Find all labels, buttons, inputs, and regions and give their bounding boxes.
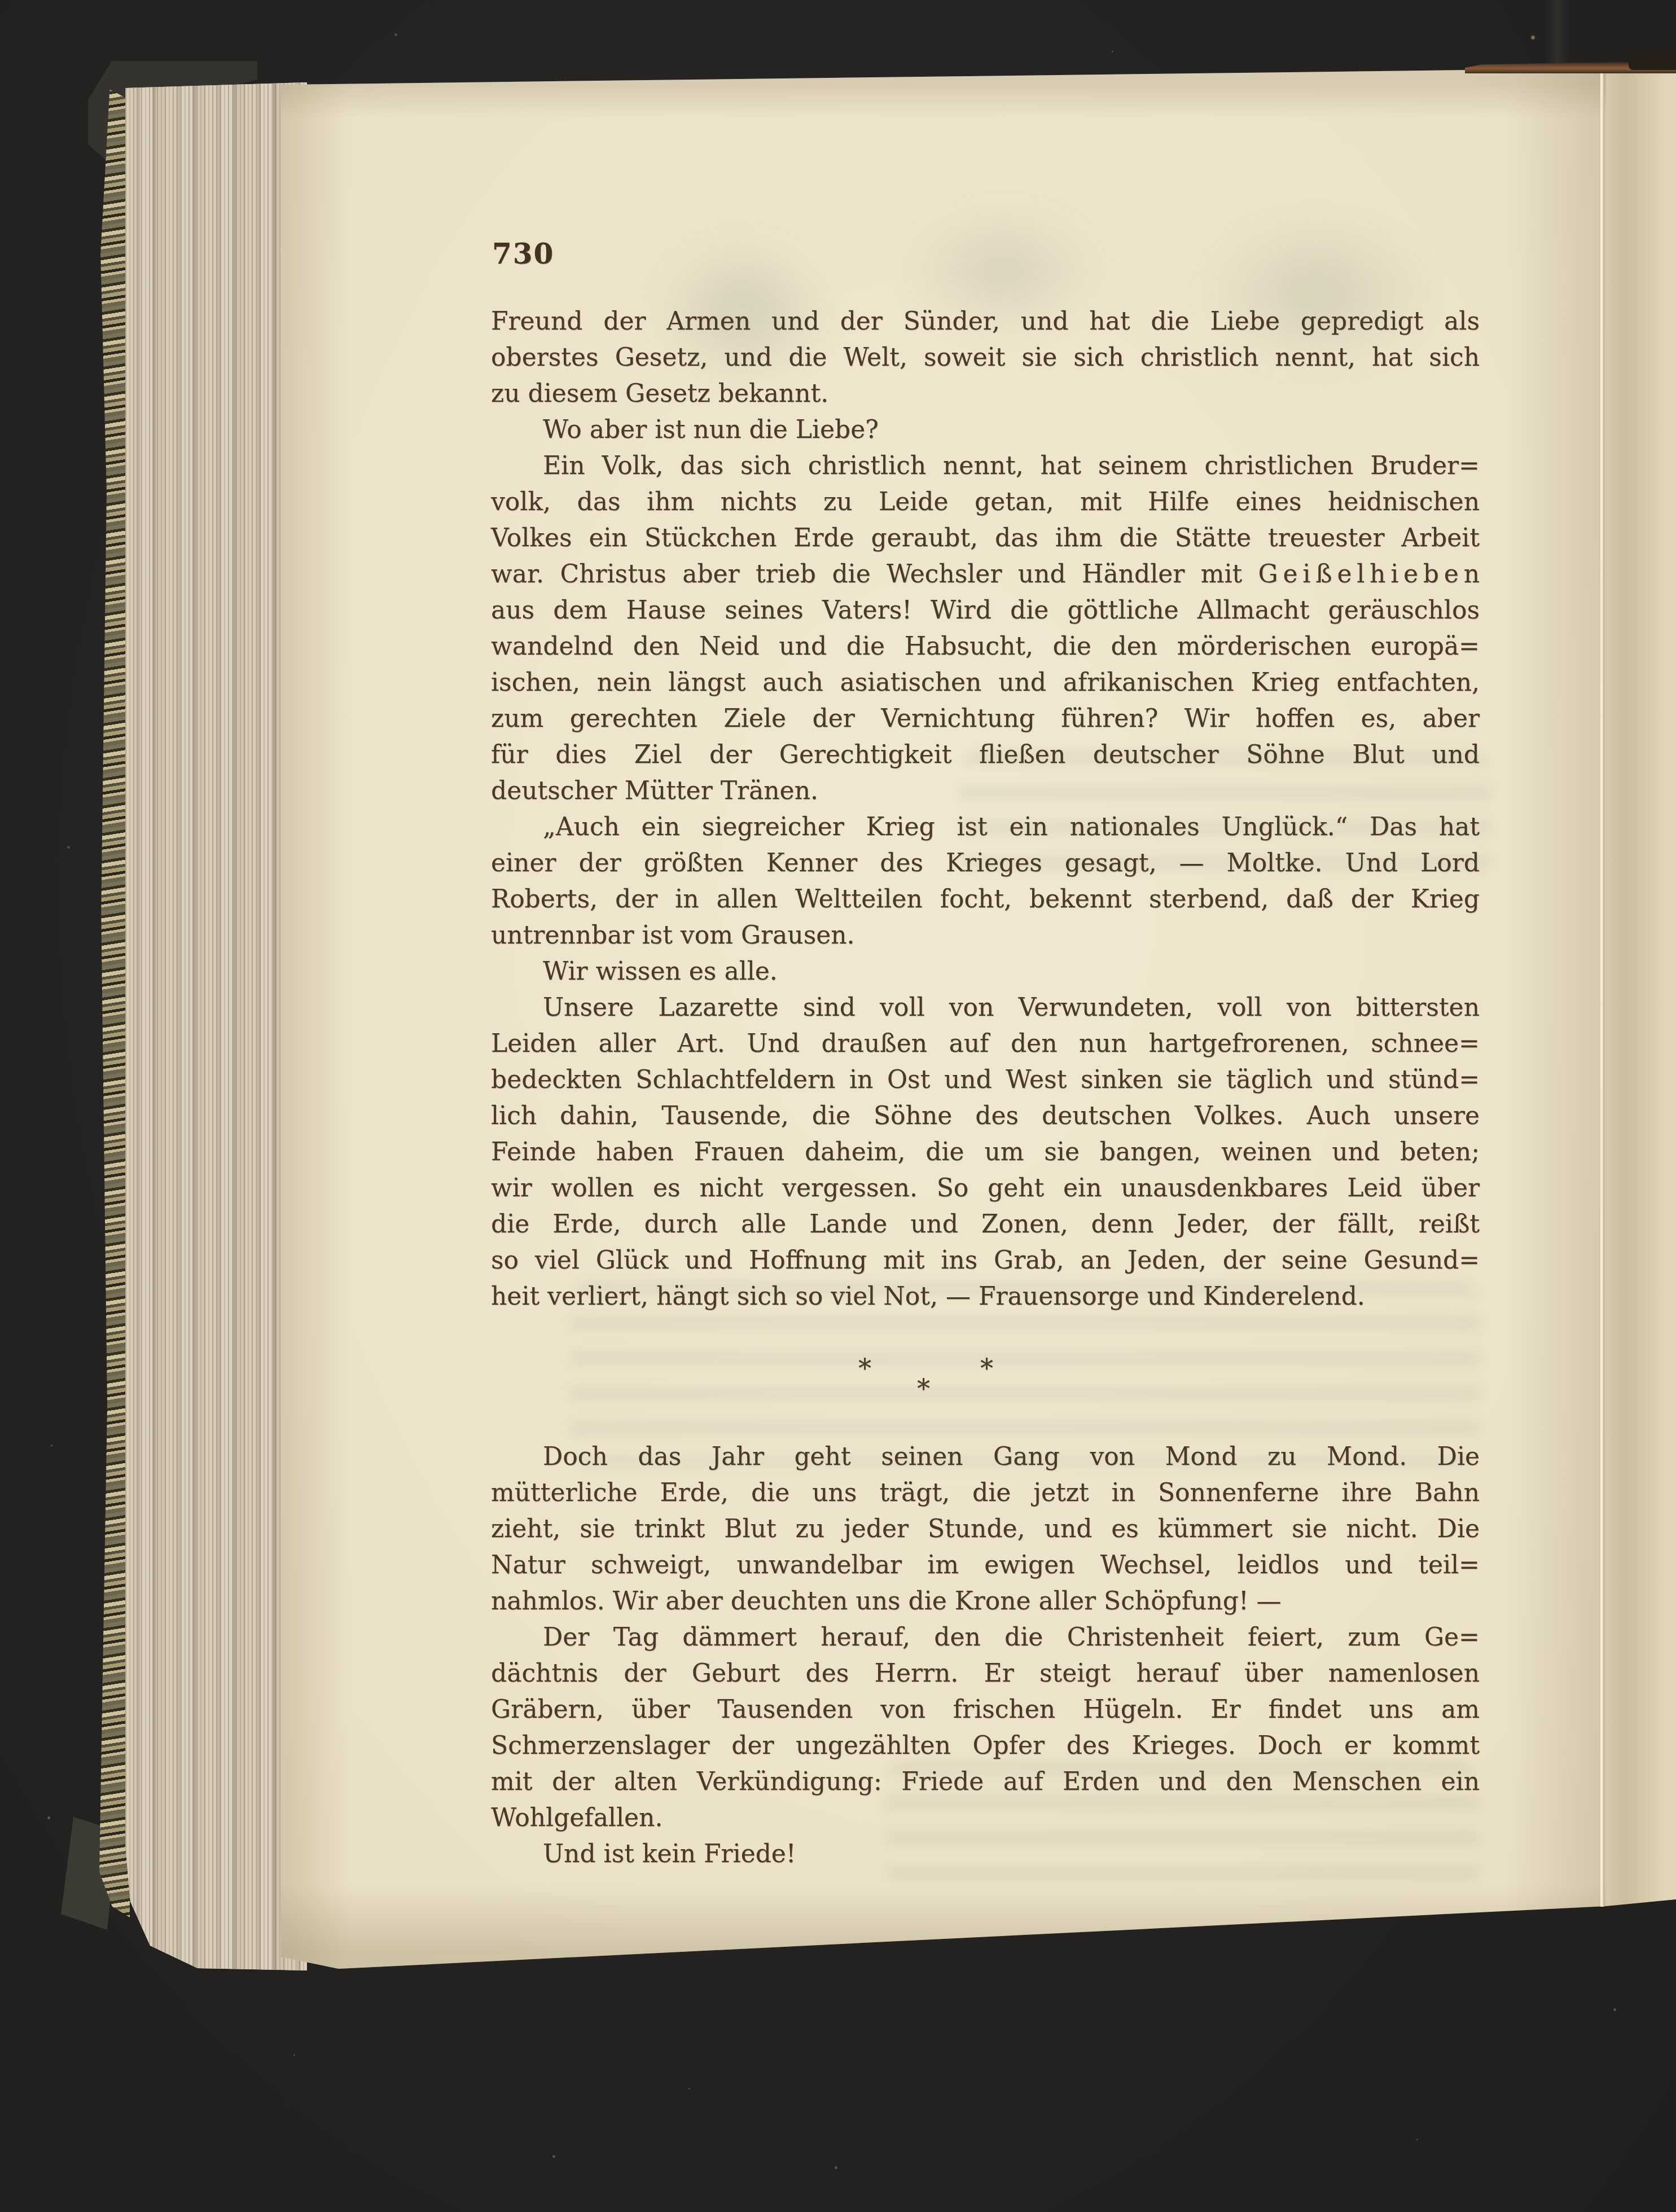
text-line: dächtnis der Geburt des Herrn. Er steigt…	[491, 1656, 1480, 1692]
text-line: Schmerzenslager der ungezählten Opfer de…	[491, 1728, 1480, 1764]
text-line: zu diesem Gesetz bekannt.	[491, 376, 1480, 412]
text-line: Roberts, der in allen Weltteilen focht, …	[491, 881, 1480, 918]
text-line: für dies Ziel der Gerechtigkeit fließen …	[491, 737, 1480, 773]
text-line: aus dem Hause seines Vaters! Wird die gö…	[491, 592, 1480, 629]
paragraph: Der Tag dämmert herauf, den die Christen…	[491, 1619, 1480, 1836]
text-line: ischen, nein längst auch asiatischen und…	[491, 665, 1480, 701]
paragraph: Ein Volk, das sich christlich nennt, hat…	[491, 448, 1480, 809]
text-line: Der Tag dämmert herauf, den die Christen…	[491, 1619, 1480, 1656]
text-line: wandelnd den Neid und die Habsucht, die …	[491, 629, 1480, 665]
paragraph: „Auch ein siegreicher Krieg ist ein nati…	[491, 809, 1480, 954]
page-edge-stack	[125, 82, 307, 1970]
gutter-crease	[1600, 68, 1604, 1907]
text-line: lich dahin, Tausende, die Söhne des deut…	[491, 1098, 1480, 1134]
text-line: „Auch ein siegreicher Krieg ist ein nati…	[491, 809, 1480, 845]
text-line: Doch das Jahr geht seinen Gang von Mond …	[491, 1439, 1480, 1475]
text-line: heit verliert, hängt sich so viel Not, —…	[491, 1279, 1480, 1315]
text-line: die Erde, durch alle Lande und Zonen, de…	[491, 1206, 1480, 1243]
text-line: Und ist kein Friede!	[491, 1836, 1480, 1872]
body-text: Freund der Armen und der Sünder, und hat…	[491, 304, 1480, 1872]
text-line: zum gerechten Ziele der Vernichtung führ…	[491, 701, 1480, 737]
asterisk-ornament: *	[858, 1355, 871, 1381]
paragraph: Wo aber ist nun die Liebe?	[491, 412, 1480, 448]
paragraph: Unsere Lazarette sind voll von Verwundet…	[491, 990, 1480, 1315]
text-line: Volkes ein Stückchen Erde geraubt, das i…	[491, 520, 1480, 556]
page-number: 730	[492, 237, 554, 270]
text-line: Wo aber ist nun die Liebe?	[491, 412, 1480, 448]
text-line: war. Christus aber trieb die Wechsler un…	[491, 556, 1480, 592]
text-line: bedeckten Schlachtfeldern in Ost und Wes…	[491, 1062, 1480, 1098]
section-divider: ***	[491, 1315, 1480, 1439]
asterisk-ornament: *	[917, 1376, 930, 1402]
paragraph: Wir wissen es alle.	[491, 954, 1480, 990]
text-line: Feinde haben Frauen daheim, die um sie b…	[491, 1134, 1480, 1170]
text-line: einer der größten Kenner des Krieges ges…	[491, 845, 1480, 881]
text-line: deutscher Mütter Tränen.	[491, 773, 1480, 809]
text-line: nahmlos. Wir aber deuchten uns die Krone…	[491, 1583, 1480, 1619]
text-line: Natur schweigt, unwandelbar im ewigen We…	[491, 1547, 1480, 1583]
marbled-endpaper-edge	[99, 89, 130, 1917]
text-line: mit der alten Verkündigung: Friede auf E…	[491, 1764, 1480, 1800]
text-line: Wir wissen es alle.	[491, 954, 1480, 990]
text-line: untrennbar ist vom Grausen.	[491, 918, 1480, 954]
text-line: wir wollen es nicht vergessen. So geht e…	[491, 1170, 1480, 1206]
scanner-light-streak	[1546, 0, 1569, 68]
paragraph: Und ist kein Friede!	[491, 1836, 1480, 1872]
paragraph: Doch das Jahr geht seinen Gang von Mond …	[491, 1439, 1480, 1619]
text-line: Ein Volk, das sich christlich nennt, hat…	[491, 448, 1480, 484]
text-line: so viel Glück und Hoffnung mit ins Grab,…	[491, 1243, 1480, 1279]
cover-headband-dark	[1629, 52, 1676, 70]
scanned-book-page: 730 Freund der Armen und der Sünder, und…	[0, 0, 1676, 2212]
asterisk-ornament: *	[980, 1355, 993, 1381]
text-line: Freund der Armen und der Sünder, und hat…	[491, 304, 1480, 340]
text-line: Unsere Lazarette sind voll von Verwundet…	[491, 990, 1480, 1026]
text-line: Leiden aller Art. Und draußen auf den nu…	[491, 1026, 1480, 1062]
text-line: Wohlgefallen.	[491, 1800, 1480, 1836]
text-line: Gräbern, über Tausenden von frischen Hüg…	[491, 1692, 1480, 1728]
text-line: mütterliche Erde, die uns trägt, die jet…	[491, 1475, 1480, 1511]
text-line: oberstes Gesetz, und die Welt, soweit si…	[491, 340, 1480, 376]
text-line: zieht, sie trinkt Blut zu jeder Stunde, …	[491, 1511, 1480, 1547]
text-line: volk, das ihm nichts zu Leide getan, mit…	[491, 484, 1480, 520]
paragraph: Freund der Armen und der Sünder, und hat…	[491, 304, 1480, 412]
